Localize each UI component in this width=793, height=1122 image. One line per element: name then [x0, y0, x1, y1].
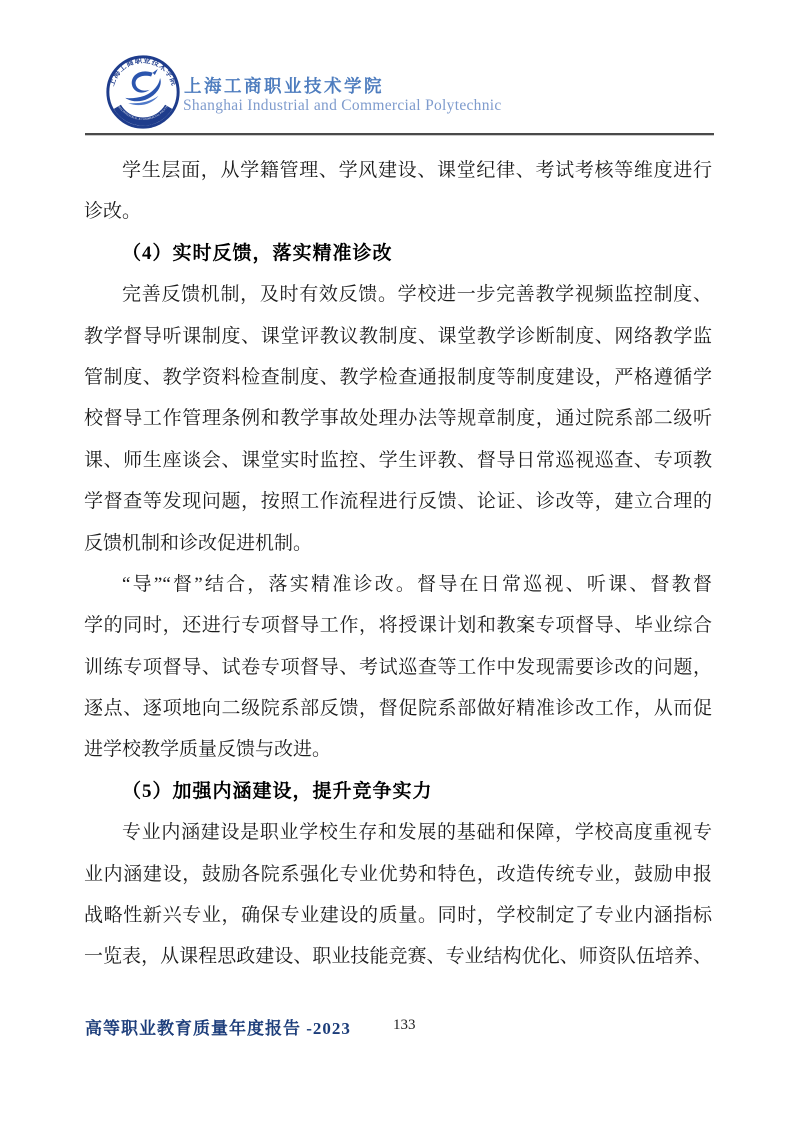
body-line: 战略性新兴专业，确保专业建设的质量。同时，学校制定了专业内涵指标	[84, 895, 712, 936]
body-line: 教学督导听课制度、课堂评教议教制度、课堂教学诊断制度、网络教学监	[84, 316, 712, 357]
body-line: 完善反馈机制，及时有效反馈。学校进一步完善教学视频监控制度、	[84, 274, 712, 315]
body-line: 校督导工作管理条例和教学事故处理办法等规章制度，通过院系部二级听	[84, 398, 712, 439]
document-page: 上海工商职业技术学院 SHANGHAI INDUSTRIAL & COMMERC…	[0, 0, 793, 1122]
body-line: 反馈机制和诊改促进机制。	[84, 523, 712, 564]
page-number: 133	[393, 1017, 416, 1034]
document-body: 学生层面，从学籍管理、学风建设、课堂纪律、考试考核等维度进行诊改。（4）实时反馈…	[84, 150, 712, 978]
school-seal-icon: 上海工商职业技术学院 SHANGHAI INDUSTRIAL & COMMERC…	[106, 55, 180, 129]
body-line: 训练专项督导、试卷专项督导、考试巡查等工作中发现需要诊改的问题，	[84, 647, 712, 688]
body-line: 一览表，从课程思政建设、职业技能竞赛、专业结构优化、师资队伍培养、	[84, 936, 712, 977]
footer-report-title: 高等职业教育质量年度报告 -2023	[85, 1014, 351, 1039]
section-heading: （5）加强内涵建设，提升竞争实力	[84, 771, 712, 812]
body-line: 学的同时，还进行专项督导工作，将授课计划和教案专项督导、毕业综合	[84, 605, 712, 646]
header-divider	[85, 133, 714, 135]
body-line: “导”“督”结合，落实精准诊改。督导在日常巡视、听课、督教督	[84, 564, 712, 605]
body-line: 管制度、教学资料检查制度、教学检查通报制度等制度建设，严格遵循学	[84, 357, 712, 398]
section-heading: （4）实时反馈，落实精准诊改	[84, 233, 712, 274]
body-line: 学督查等发现问题，按照工作流程进行反馈、论证、诊改等，建立合理的	[84, 481, 712, 522]
body-line: 诊改。	[84, 191, 712, 232]
body-line: 学生层面，从学籍管理、学风建设、课堂纪律、考试考核等维度进行	[84, 150, 712, 191]
body-line: 课、师生座谈会、课堂实时监控、学生评教、督导日常巡视巡查、专项教	[84, 440, 712, 481]
body-line: 逐点、逐项地向二级院系部反馈，督促院系部做好精准诊改工作，从而促	[84, 688, 712, 729]
body-line: 进学校教学质量反馈与改进。	[84, 729, 712, 770]
school-name-en: Shanghai Industrial and Commercial Polyt…	[183, 97, 502, 115]
school-logo: 上海工商职业技术学院 SHANGHAI INDUSTRIAL & COMMERC…	[106, 55, 180, 129]
school-name-zh: 上海工商职业技术学院	[184, 73, 384, 98]
body-line: 专业内涵建设是职业学校生存和发展的基础和保障，学校高度重视专	[84, 812, 712, 853]
body-line: 业内涵建设，鼓励各院系强化专业优势和特色，改造传统专业，鼓励申报	[84, 854, 712, 895]
